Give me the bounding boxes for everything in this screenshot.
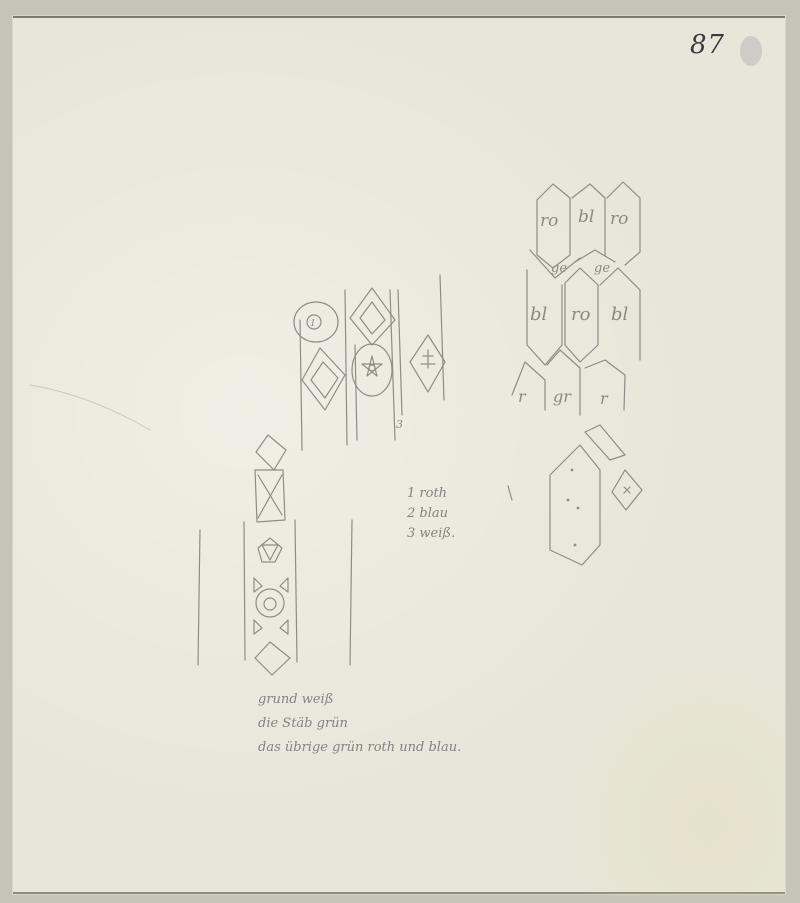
note-line-3: das übrige grün roth und blau.	[258, 736, 461, 760]
svg-text:1: 1	[310, 319, 316, 329]
hexagon-sketch-lower	[550, 425, 642, 565]
hex-label-top-2: bl	[578, 207, 594, 227]
hex-label-bot-1: r	[518, 387, 527, 406]
hex-label-top-1: ro	[540, 211, 558, 231]
legend-line-3: 3 weiß.	[407, 524, 455, 544]
band-sketch-top: 1 3	[294, 275, 445, 450]
hex-junction-1: ge	[551, 261, 567, 276]
handwritten-notes: grund weiß die Stäb grün das übrige grün…	[258, 688, 461, 760]
hex-label-mid-1: bl	[530, 304, 548, 325]
band-marker: 3	[396, 418, 403, 431]
hexagon-pattern: ro bl ro ge ge bl ro bl r gr r	[512, 182, 640, 415]
legend-line-2: 2 blau	[407, 504, 455, 524]
column-sketch-left	[198, 435, 352, 675]
color-legend: 1 roth 2 blau 3 weiß.	[407, 484, 455, 544]
hex-label-mid-2: ro	[571, 304, 591, 325]
hex-junction-2: ge	[594, 261, 610, 276]
hex-label-bot-2: gr	[553, 387, 572, 406]
note-line-1: grund weiß	[258, 688, 461, 712]
stray-mark	[508, 486, 512, 500]
hex-label-bot-3: r	[600, 389, 609, 408]
legend-line-1: 1 roth	[407, 484, 455, 504]
note-line-2: die Stäb grün	[258, 712, 461, 736]
hex-label-top-3: ro	[610, 209, 628, 229]
hex-label-mid-3: bl	[611, 304, 629, 325]
sketch-canvas: 1 3	[0, 0, 800, 903]
